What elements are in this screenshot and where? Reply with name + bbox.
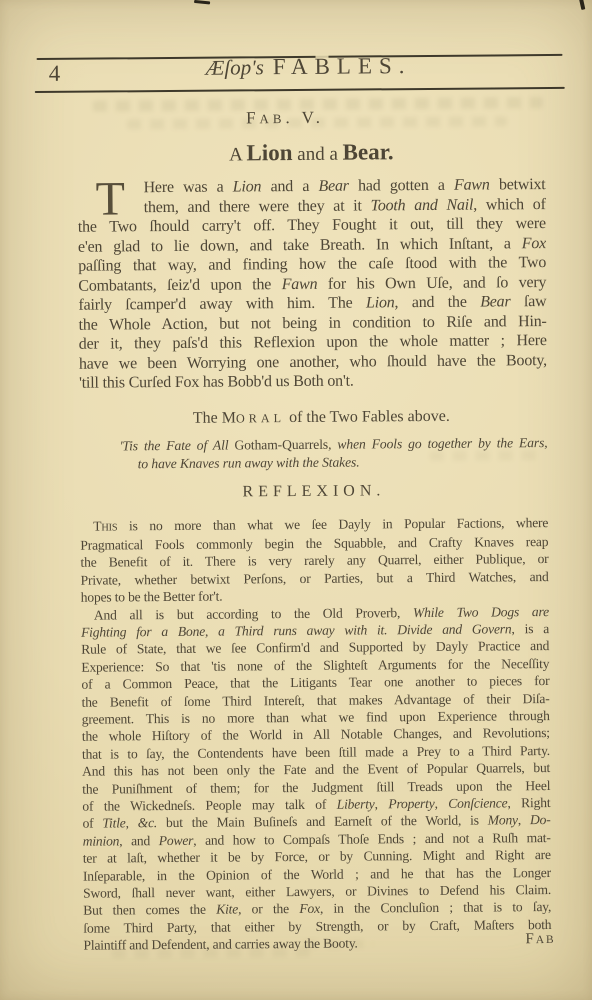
reflexion-heading: REFLEXION. [80, 481, 548, 503]
text-segment: , and [119, 833, 159, 848]
text-segment: Experience: So that 'tis none of the Sli… [81, 656, 549, 675]
text-segment: Plaintiff and Defendent, and carries awa… [83, 936, 357, 953]
text-segment: Pragmatical Fools commonly begin the Squ… [80, 534, 548, 553]
text-segment: the Benefit of it. There is very rarely … [80, 551, 548, 570]
page-tilt-wrapper: 4 Æſop'sFABLES. FAB. V. A Lion and a Bea… [0, 0, 592, 1000]
text-segment: , when Fools go together by the Ears, [328, 435, 548, 452]
fable-lines: Here was a Lion and a Bear had gotten a … [77, 175, 547, 393]
text-segment: Sword, ſhall never want, either Lawyers,… [83, 882, 551, 901]
text-segment: , is a [511, 621, 549, 636]
text-segment: , [375, 796, 389, 811]
text-segment: . V. [285, 108, 324, 127]
text-segment: While Two Dogs are [413, 604, 549, 620]
text-segment: Do- [530, 812, 551, 827]
text-segment: the Benefit of ſome Third Intereſt, that… [82, 691, 550, 710]
text-segment: Bear [480, 293, 510, 310]
text-segment: ſome Third Party, that either by Strengt… [83, 917, 551, 936]
text-segment: Gotham-Quarrels [234, 436, 328, 452]
fable-paragraph: T Here was a Lion and a Bear had gotten … [77, 175, 547, 393]
running-title: Æſop'sFABLES. [13, 52, 592, 83]
text-segment: hopes to be the Better for't. [81, 589, 223, 605]
page-content: FAB. V. A Lion and a Bear. T Here was a … [77, 98, 552, 954]
text-segment: F [246, 108, 260, 127]
text-segment: AB [536, 934, 556, 946]
header-rule-bottom [35, 87, 565, 93]
text-segment: Lion [366, 294, 395, 311]
text-segment: have we been Worrying one another, who ſ… [79, 352, 547, 373]
text-segment: Kite [216, 902, 238, 917]
text-segment: for his Own Uſe, and ſo very [317, 274, 546, 293]
book-page-scan: 4 Æſop'sFABLES. FAB. V. A Lion and a Bea… [0, 0, 592, 1000]
drop-cap: T [95, 178, 135, 217]
text-segment: greement. This is no more than what we f… [82, 708, 550, 727]
text-segment: and a [261, 178, 318, 195]
catchword: FAB [525, 931, 555, 948]
text-segment: A [229, 144, 247, 165]
text-segment: is no more than what we ſee Dayly in Pop… [117, 515, 548, 533]
text-segment: , and how to Compaſs Thoſe Ends ; and no… [193, 830, 551, 848]
text-segment: , [434, 796, 448, 811]
text-segment: e'en glad to lie down, and take Breath. … [78, 235, 522, 255]
text-segment: F [525, 931, 535, 947]
text-segment: betwixt [490, 176, 546, 193]
text-segment: Private, whether betwixt Perſons, or Par… [81, 569, 549, 588]
text-segment: Power [159, 833, 194, 848]
text-segment: The [193, 409, 222, 426]
text-line: Plaintiff and Defendent, and carries awa… [83, 933, 551, 954]
text-segment: the Two ſhould carry't off. They Fought … [78, 215, 546, 236]
text-segment: Fawn [454, 176, 490, 193]
text-segment: Inſeparable, in the Opinion of the World… [83, 865, 551, 884]
text-line: have we been Worrying one another, who ſ… [79, 351, 547, 374]
text-segment: Fox [522, 235, 546, 252]
text-line: to have Knaves run away with the Stakes. [120, 452, 548, 473]
text-segment: Bear. [343, 139, 394, 164]
text-segment: of [82, 816, 102, 831]
text-segment: had gotten a [349, 177, 454, 195]
text-segment: of the Wickedneſs. People may talk of [82, 797, 336, 814]
running-title-caps: FABLES. [273, 53, 412, 79]
text-segment: ſaw [510, 293, 546, 310]
text-segment: , and the [394, 294, 480, 312]
text-segment: Rule of State, that we ſee Confirm'd and… [81, 638, 549, 657]
scan-speck [579, 0, 585, 10]
text-segment: Tooth and Nail [370, 196, 473, 214]
text-segment: But then comes the [83, 902, 216, 918]
text-line: 'Tis the Fate of All Gotham-Quarrels, wh… [119, 434, 547, 455]
scan-speck [194, 0, 210, 4]
fable-number-heading: FAB. V. [51, 106, 519, 130]
text-segment: paſſing that way, and finding how the ca… [78, 254, 546, 275]
text-segment: ter at laſt, whether it be by Force, or … [83, 847, 551, 866]
text-segment: Title, &c. [102, 816, 157, 831]
text-segment: but the Main Buſineſs and Earneſt of the… [157, 813, 488, 831]
text-segment: REFLEXION. [242, 482, 385, 500]
text-segment: AB [259, 111, 285, 126]
text-segment: , Right [507, 795, 550, 810]
text-segment: Fox [299, 901, 320, 916]
text-segment: Property [388, 796, 434, 811]
fable-title: A Lion and a Bear. [77, 138, 545, 168]
text-segment: Combatants, ſeiz'd upon the [78, 276, 282, 295]
text-segment: the whole Hiſtory of the World in All No… [82, 725, 550, 744]
text-segment: 'till this Curſed Fox has Bobb'd us Both… [79, 373, 354, 392]
moral-text: 'Tis the Fate of All Gotham-Quarrels, wh… [119, 434, 547, 473]
text-segment: Mony [488, 813, 518, 828]
text-segment: them, and there were they at it [144, 197, 371, 216]
moral-heading: The MORAL of the Two Fables above. [87, 406, 555, 428]
text-segment: Liberty [337, 796, 375, 811]
running-title-author: Æſop's [206, 55, 264, 79]
text-line: 'till this Curſed Fox has Bobb'd us Both… [79, 370, 547, 393]
text-segment: , which of [473, 196, 546, 214]
text-segment: M [222, 409, 236, 426]
text-segment: And all is but according to the Old Prov… [94, 605, 413, 623]
text-segment: Conſcience [448, 795, 507, 810]
text-segment: the Whole Action, but not being in condi… [79, 313, 547, 334]
text-segment: 'Tis the Fate of All [120, 437, 235, 453]
text-segment: HIS [101, 522, 117, 533]
text-segment: Lion [233, 178, 262, 195]
text-segment: ORAL [236, 411, 285, 425]
text-segment: fairly ſcamper'd away with him. The [78, 294, 366, 313]
text-segment: of a Common Peace, that the Litigants Te… [81, 673, 549, 692]
text-segment: to have Knaves run away with the Stakes. [138, 454, 360, 471]
text-segment: of the Two Fables above. [285, 407, 450, 425]
text-segment: , [518, 813, 530, 828]
text-segment: the Puniſhment of them; for the Judgment… [82, 778, 550, 797]
text-segment: that is to ſay, the Contendents have bee… [82, 743, 550, 762]
text-segment: Bear [318, 178, 348, 195]
text-segment: And this has not been only the Fate and … [82, 760, 550, 779]
reflexion-paragraph: THIS is no more than what we ſee Dayly i… [80, 514, 551, 955]
text-segment: minion [83, 833, 120, 848]
text-segment: , or the [238, 901, 299, 916]
text-segment: and a [292, 144, 342, 165]
text-segment: Fawn [282, 275, 318, 292]
text-segment: der it, they paſs'd this Reflexion upon … [79, 332, 547, 353]
text-segment: Here was a [143, 178, 232, 196]
text-segment: T [93, 518, 101, 533]
text-segment: Lion [246, 140, 292, 165]
text-segment: , in the Concluſion ; that is to ſay, [320, 899, 551, 916]
text-segment: Fighting for a Bone, a Third runs away w… [81, 621, 512, 639]
